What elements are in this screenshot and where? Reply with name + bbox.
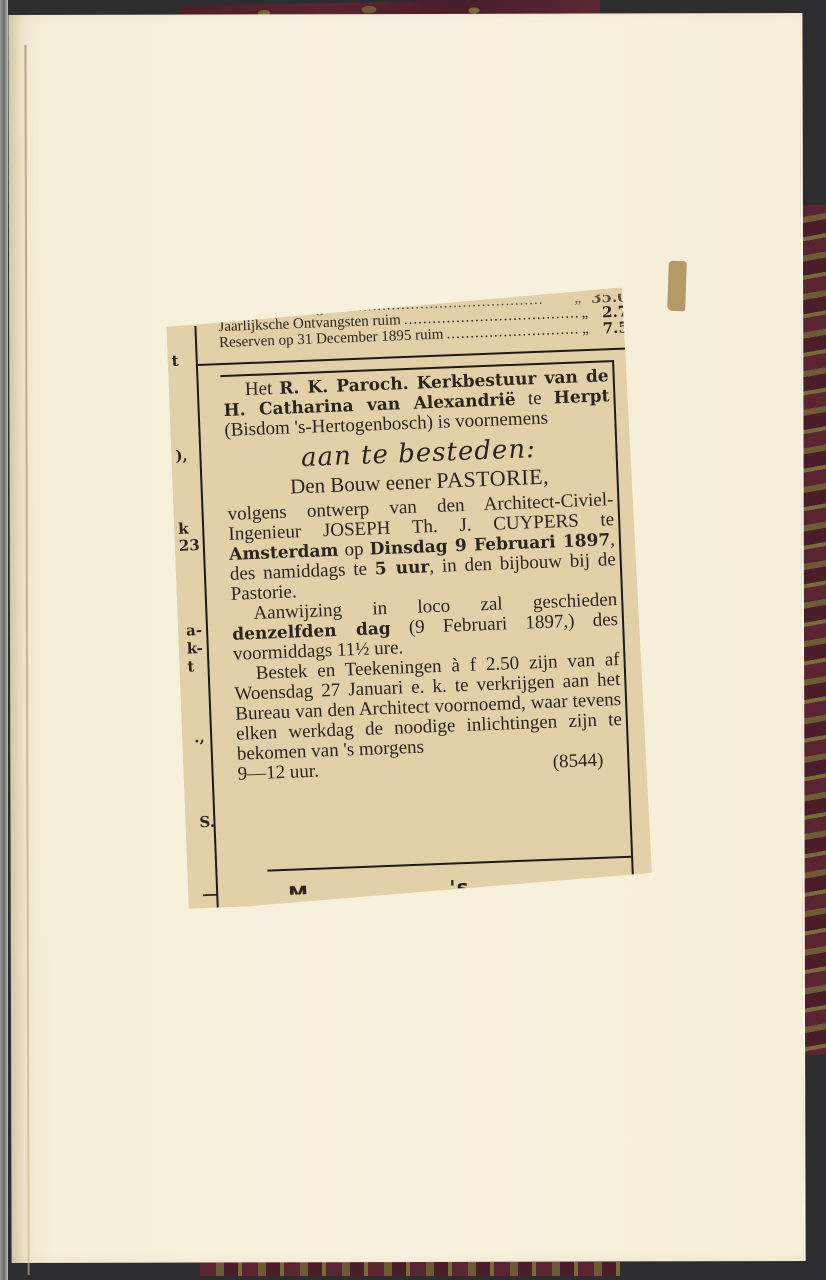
newspaper-clipping: t ), k 23 a- k- t ., S. — Verzekerd bedr… <box>166 287 655 908</box>
left-column-fragment: k- <box>186 640 203 658</box>
left-column-fragment: ), <box>175 447 188 464</box>
left-column-fragment: a- <box>186 622 203 640</box>
left-column-fragment: — <box>202 886 218 904</box>
ad-reference-number: (8544) <box>552 750 623 773</box>
marbled-endpaper-bottom <box>200 1262 620 1276</box>
paper-scrap-stain <box>667 261 687 312</box>
left-column-fragment: t <box>187 658 195 675</box>
scan-edge-left <box>0 0 8 1280</box>
ad-paragraph-documents: Bestek en Teekeningen à f 2.50 zijn van … <box>233 650 623 765</box>
ad-intro: Het R. K. Paroch. Kerkbestuur van de H. … <box>223 366 611 441</box>
tender-advertisement: Het R. K. Paroch. Kerkbestuur van de H. … <box>223 366 624 785</box>
left-column-fragment: ., <box>194 729 205 746</box>
binding-stitch-line <box>24 45 29 1275</box>
left-column-fragment: k <box>178 520 189 537</box>
left-column-fragment: t <box>171 353 179 370</box>
album-board: t ), k 23 a- k- t ., S. — Verzekerd bedr… <box>0 0 826 1280</box>
ad-paragraph-details: volgens ontwerp van den Architect-Civiel… <box>227 490 617 605</box>
left-column-fragment: 23 <box>179 537 201 555</box>
ad-hours: 9—12 uur. <box>237 762 319 785</box>
left-column-fragment: S. <box>199 814 215 832</box>
